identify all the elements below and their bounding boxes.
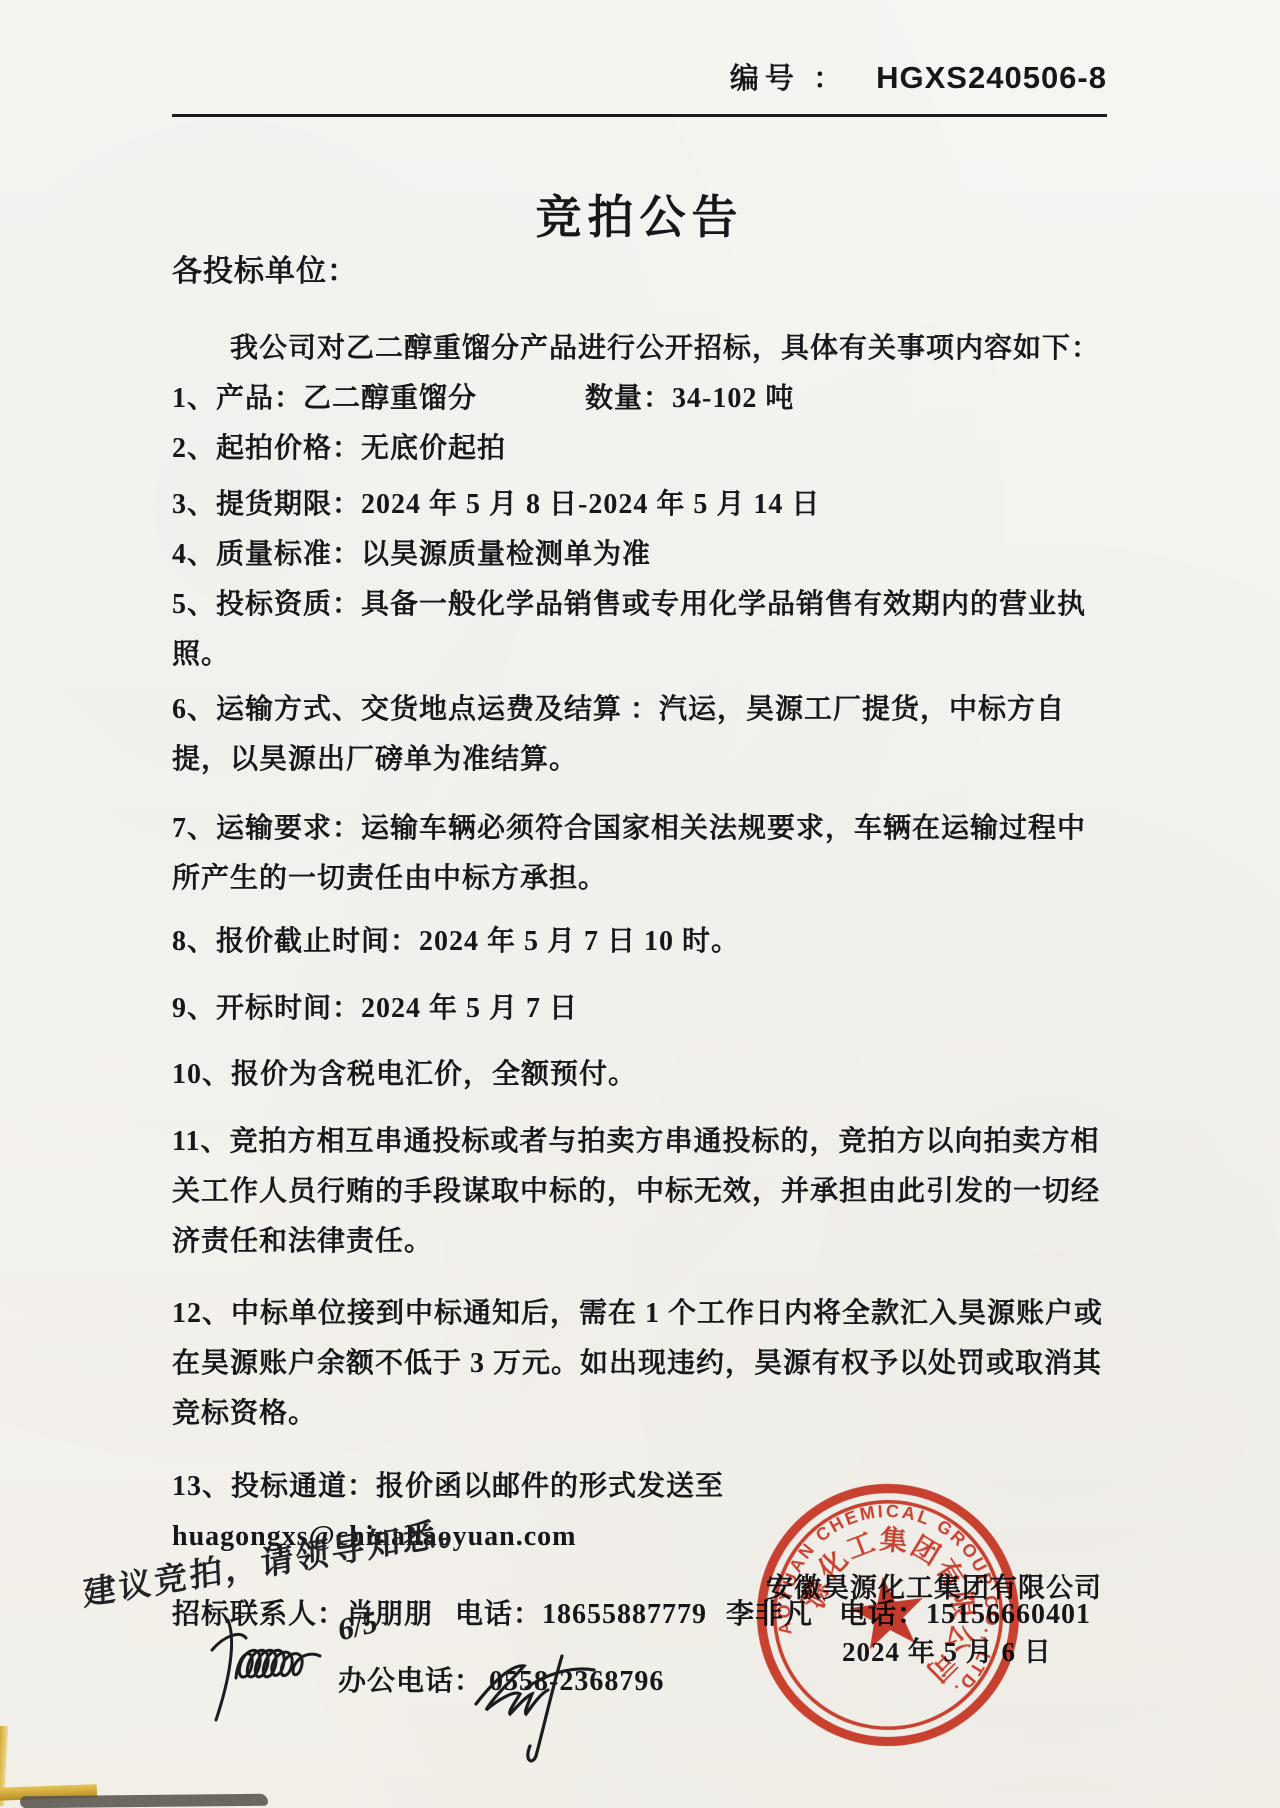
list-item: 6、运输方式、交货地点运费及结算 ：汽运，昊源工厂提货，中标方自提，以昊源出厂磅…	[172, 685, 1107, 785]
item-text: 10、报价为含税电汇价，全额预付。	[172, 1059, 637, 1090]
header-rule	[172, 114, 1107, 117]
salutation: 各投标单位：	[172, 246, 358, 290]
item-text: 11、竞拍方相互串通投标或者与拍卖方串通投标的，竞拍方以向拍卖方相关工作人员行贿…	[172, 1126, 1100, 1257]
item-text: 2、起拍价格：无底价起拍	[172, 433, 506, 464]
intro-paragraph: 我公司对乙二醇重馏分产品进行公开招标，具体有关事项内容如下：	[172, 324, 1107, 374]
doc-ref-row: 编号 ： HGXS240506-8	[172, 56, 1107, 97]
item-quantity: 数量：34-102 吨	[585, 383, 794, 414]
list-item: 8、报价截止时间：2024 年 5 月 7 日 10 时。	[172, 917, 1107, 967]
list-item: 10、报价为含税电汇价，全额预付。	[172, 1050, 1107, 1100]
seal-inner-text: 安徽昊源化工集团有限公司	[715, 1442, 989, 1718]
phone-label: 电话：	[455, 1599, 542, 1630]
item-text: 6、运输方式、交货地点运费及结算 ：汽运，昊源工厂提货，中标方自提，以昊源出厂磅…	[172, 694, 1065, 775]
item-text: 8、报价截止时间：2024 年 5 月 7 日 10 时。	[172, 926, 740, 957]
contact-phone: 电话：18655887779	[455, 1590, 707, 1640]
list-item: 7、运输要求：运输车辆必须符合国家相关法规要求，车辆在运输过程中所产生的一切责任…	[172, 804, 1107, 904]
phone-number: 18655887779	[542, 1599, 707, 1630]
item-text: 5、投标资质：具备一般化学品销售或专用化学品销售有效期内的营业执照。	[172, 589, 1086, 670]
list-item: 4、质量标准：以昊源质量检测单为准	[172, 530, 1107, 580]
list-item: 12、中标单位接到中标通知后，需在 1 个工作日内将全款汇入昊源账户或在昊源账户…	[172, 1289, 1107, 1439]
list-item: 3、提货期限：2024 年 5 月 8 日-2024 年 5 月 14 日	[172, 480, 1107, 530]
terms-list: 1、产品：乙二醇重馏分数量：34-102 吨 2、起拍价格：无底价起拍 3、提货…	[172, 374, 1107, 1562]
scanned-document-page: 编号 ： HGXS240506-8 竞拍公告 各投标单位： 我公司对乙二醇重馏分…	[0, 0, 1280, 1808]
handwritten-signature	[470, 1648, 620, 1768]
svg-text:安徽昊源化工集团有限公司: 安徽昊源化工集团有限公司	[715, 1442, 989, 1718]
item-text: 3、提货期限：2024 年 5 月 8 日-2024 年 5 月 14 日	[172, 489, 820, 520]
item-text: 12、中标单位接到中标通知后，需在 1 个工作日内将全款汇入昊源账户或在昊源账户…	[172, 1298, 1103, 1429]
list-item: 9、开标时间：2024 年 5 月 7 日	[172, 984, 1107, 1034]
list-item: 11、竞拍方相互串通投标或者与拍卖方串通投标的，竞拍方以向拍卖方相关工作人员行贿…	[172, 1117, 1107, 1267]
item-text: 4、质量标准：以昊源质量检测单为准	[172, 539, 651, 570]
list-item: 2、起拍价格：无底价起拍	[172, 424, 1107, 474]
list-item: 1、产品：乙二醇重馏分数量：34-102 吨	[172, 374, 1107, 424]
page-title: 竞拍公告	[172, 181, 1107, 247]
company-seal-stamp: ANHUI HAOYUAN CHEMICAL GROUP CO., LTD. 安…	[715, 1442, 1061, 1788]
item-text: 1、产品：乙二醇重馏分	[172, 383, 477, 414]
item-text: 9、开标时间：2024 年 5 月 7 日	[172, 993, 578, 1024]
ref-number: HGXS240506-8	[876, 60, 1107, 96]
handwritten-signature-scribble	[208, 1616, 388, 1726]
ref-label: 编号 ：	[730, 56, 848, 97]
star-icon	[846, 1571, 929, 1651]
list-item: 5、投标资质：具备一般化学品销售或专用化学品销售有效期内的营业执照。	[172, 580, 1107, 680]
item-text: 7、运输要求：运输车辆必须符合国家相关法规要求，车辆在运输过程中所产生的一切责任…	[172, 813, 1086, 894]
scan-artifact-smudge	[20, 1794, 268, 1808]
